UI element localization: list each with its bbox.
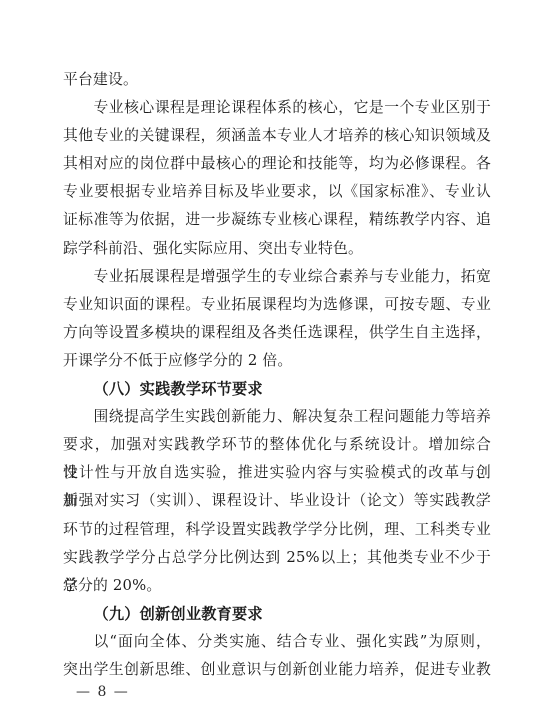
- text-line: 踪学科前沿、强化实际应用、突出专业特色。: [63, 235, 491, 263]
- document-page: 平台建设。专业核心课程是理论课程体系的核心，它是一个专业区别于其他专业的关键课程…: [0, 0, 550, 717]
- text-line: 其他专业的关键课程，须涵盖本专业人才培养的核心知识领域及: [63, 122, 491, 150]
- text-line: 实践教学学分占总学分比例达到 25%以上；其他类专业不少于总: [63, 544, 491, 572]
- text-line: 证标准等为依据，进一步凝练专业核心课程，精练教学内容、追: [63, 206, 491, 234]
- text-line: 专业核心课程是理论课程体系的核心，它是一个专业区别于: [63, 94, 491, 122]
- text-line: 环节的过程管理，科学设置实践教学学分比例，理、工科类专业: [63, 516, 491, 544]
- text-line: 专业知识面的课程。专业拓展课程均为选修课，可按专题、专业: [63, 291, 491, 319]
- text-line: 加强对实习（实训）、课程设计、毕业设计（论文）等实践教学: [63, 487, 491, 515]
- page-number: — 8 —: [76, 683, 129, 701]
- text-line: 要求，加强对实践教学环节的整体优化与系统设计。增加综合性、: [63, 431, 491, 459]
- text-line: 学分的 20%。: [63, 572, 491, 600]
- text-line: 设计性与开放自选实验，推进实验内容与实验模式的改革与创新。: [63, 459, 491, 487]
- text-line: 专业要根据专业培养目标及毕业要求，以《国家标准》、专业认: [63, 178, 491, 206]
- text-line: 开课学分不低于应修学分的 2 倍。: [63, 347, 491, 375]
- text-line: 以“面向全体、分类实施、结合专业、强化实践”为原则，: [63, 628, 491, 656]
- section-heading: （九）创新创业教育要求: [63, 600, 491, 628]
- text-line: 专业拓展课程是增强学生的专业综合素养与专业能力，拓宽: [63, 263, 491, 291]
- text-line: 其相对应的岗位群中最核心的理论和技能等，均为必修课程。各: [63, 150, 491, 178]
- text-line: 突出学生创新思维、创业意识与创新创业能力培养，促进专业教: [63, 656, 491, 684]
- section-heading: （八）实践教学环节要求: [63, 375, 491, 403]
- text-line: 方向等设置多模块的课程组及各类任选课程，供学生自主选择，: [63, 319, 491, 347]
- text-line: 平台建设。: [63, 66, 491, 94]
- text-block: 平台建设。专业核心课程是理论课程体系的核心，它是一个专业区别于其他专业的关键课程…: [63, 66, 491, 684]
- text-line: 围绕提高学生实践创新能力、解决复杂工程问题能力等培养: [63, 403, 491, 431]
